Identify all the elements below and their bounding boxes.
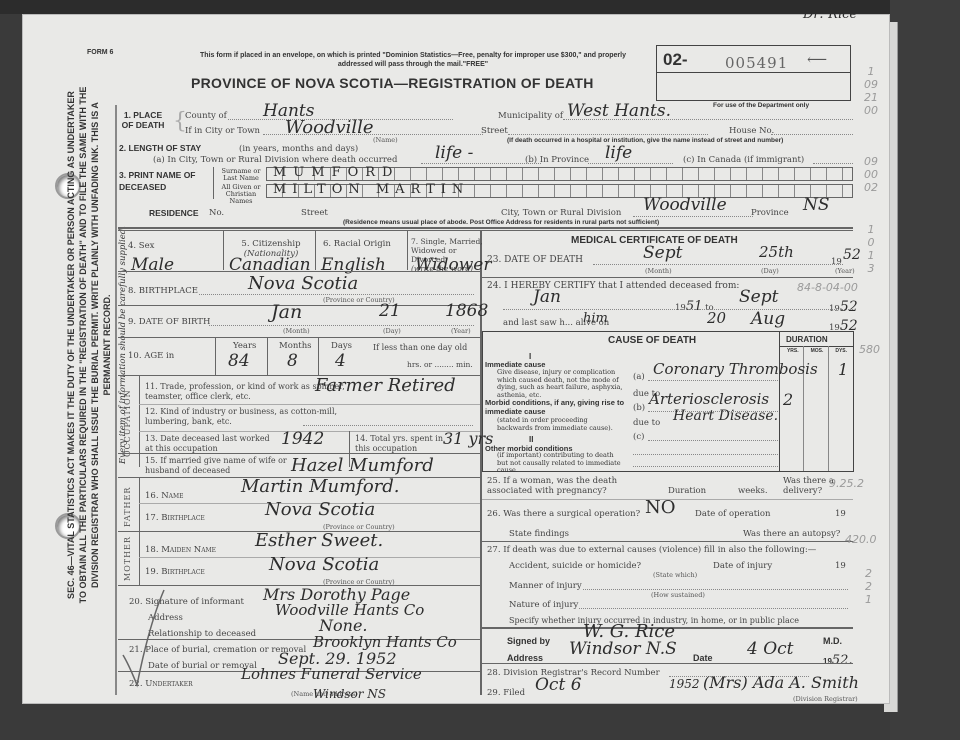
q25-label: 25. If a woman, was the death associated…	[487, 476, 647, 496]
marital-value: Widower	[415, 255, 491, 275]
death-year-caption: (Year)	[835, 267, 855, 275]
duration-days-label: DYS.	[835, 348, 847, 354]
street-label: Street	[481, 126, 508, 136]
spouse-label: 15. If married give name of wife or husb…	[145, 456, 295, 476]
section-divider-2	[118, 230, 853, 231]
municipality-label: Municipality of	[498, 111, 563, 121]
place-of-death-label: 1. PLACE OF DEATH	[119, 110, 167, 130]
undertaker-address: Windsor NS	[313, 687, 386, 701]
margin-note: 00	[861, 104, 881, 117]
other-numeral: II	[529, 435, 533, 444]
residence-no-label: No.	[209, 208, 224, 218]
mail-notice: This form if placed in an envelope, on w…	[183, 51, 643, 69]
morbid-conditions-desc: (stated in order proceeding backwards fr…	[497, 416, 623, 432]
trade-value: Farmer Retired	[315, 375, 456, 396]
industry-line	[303, 425, 473, 426]
side-notice: SEC. 46—VITAL STATISTICS ACT MAKES IT TH…	[65, 85, 155, 605]
department-note: For use of the Department only	[713, 102, 809, 109]
immediate-cause-desc: Give disease, injury or complication whi…	[497, 369, 623, 399]
how-sustained-caption: (How sustained)	[651, 591, 705, 599]
filed-label: 29. Filed	[487, 688, 525, 698]
stay-province-value: life	[605, 143, 632, 163]
age-label: 10. AGE in	[128, 351, 174, 361]
deceased-name-label: 3. PRINT NAME OF DECEASED	[119, 169, 215, 193]
q26-label: 26. Was there a surgical operation?	[487, 509, 640, 519]
form-number: FORM 6	[87, 49, 113, 56]
mother-birthplace-label: 19. Birthplace	[145, 567, 205, 577]
margin-note: 00	[861, 168, 881, 181]
margin-note: 2	[865, 580, 872, 593]
injury-year-prefix: 19	[835, 561, 846, 571]
spouse-value: Hazel Mumford	[291, 455, 434, 476]
row-divider	[118, 337, 480, 338]
dob-line	[209, 325, 474, 326]
street-line	[508, 134, 708, 135]
due-to-label-2: due to	[633, 418, 660, 428]
length-of-stay-sub: (in years, months and days)	[239, 144, 358, 154]
md-label: M.D.	[823, 636, 842, 646]
date-of-injury-label: Date of injury	[713, 561, 772, 571]
margin-note: 1	[861, 65, 881, 78]
months-label: Months	[279, 341, 312, 351]
margin-note: 0	[861, 236, 881, 249]
birthplace-label: 8. BIRTHPLACE	[128, 286, 198, 296]
duration-title: DURATION	[786, 335, 828, 344]
side-instruction: Every item of information should be care…	[117, 85, 129, 605]
residence-province-value: NS	[803, 195, 830, 215]
residence-province-label: Province	[751, 208, 789, 218]
checkmark-icon: ⟵	[807, 52, 827, 68]
date-of-death-line	[593, 264, 843, 265]
manner-label: Manner of injury	[509, 581, 582, 591]
row-divider	[482, 277, 853, 278]
death-month-caption: (Month)	[645, 267, 672, 275]
last-worked-value: 1942	[281, 429, 324, 449]
margin-note: 1	[861, 249, 881, 262]
death-year: 52	[843, 247, 861, 263]
attended-line	[503, 309, 853, 310]
cell-divider	[223, 230, 224, 270]
father-birthplace-value: Nova Scotia	[265, 499, 375, 520]
row-divider	[482, 663, 853, 664]
cause-b-value: Arteriosclerosis	[649, 390, 769, 408]
stay-canada-label: (c) In Canada (if immigrant)	[683, 155, 804, 165]
margin-annotation-lower: 1 0 1 3	[861, 223, 881, 275]
cause-of-death-box: CAUSE OF DEATH DURATION YRS. MOS. DYS. I…	[482, 331, 854, 472]
death-day: 25th	[759, 243, 794, 261]
dob-label: 9. DATE OF BIRTH	[128, 317, 210, 327]
stay-city-label: (a) In City, Town or Rural Division wher…	[153, 155, 397, 165]
signed-by-label: Signed by	[507, 636, 550, 646]
stay-province-label: (b) In Province	[525, 155, 589, 165]
coded-annotation-2: 580	[859, 343, 880, 356]
signer-date-value: 4 Oct	[747, 639, 794, 659]
dob-year: 1868	[445, 301, 488, 321]
accident-label: Accident, suicide or homicide?	[509, 561, 641, 571]
sex-value: Male	[131, 255, 174, 275]
margin-note: 1	[865, 593, 872, 606]
dob-day: 21	[379, 301, 401, 321]
filed-date-value: Oct 6	[535, 675, 582, 695]
attended-to-year: 1952	[829, 299, 858, 315]
signer-address-label: Address	[507, 653, 543, 663]
stay-city-value: life -	[435, 143, 473, 163]
cause-c-value: Heart Disease.	[673, 408, 778, 424]
mother-birthplace-value: Nova Scotia	[269, 554, 379, 575]
cause-a-label: (a)	[633, 372, 645, 382]
days-label: Days	[331, 341, 352, 351]
month-caption: (Month)	[283, 327, 310, 335]
duration-months-label: MOS.	[811, 348, 824, 354]
last-saw-day: 20	[707, 309, 726, 327]
cause-of-death-title: CAUSE OF DEATH	[608, 335, 696, 346]
cause-a-line	[648, 380, 778, 381]
nature-label: Nature of injury	[509, 600, 578, 610]
occupation-section-label: OCCUPATION	[123, 387, 132, 457]
q26-value: NO	[645, 497, 676, 518]
q27-label: 27. If death was due to external causes …	[487, 545, 816, 555]
coded-annotation-4: 420.0	[845, 533, 877, 546]
cell-divider	[407, 230, 408, 270]
name-caption: (Name)	[373, 136, 398, 144]
nature-line	[579, 608, 848, 609]
surname-value: MUMFORD	[273, 165, 399, 180]
other-line-1	[633, 454, 778, 455]
county-label: County of	[185, 111, 227, 121]
cause-a-duration-days: 1	[838, 360, 848, 379]
cell-divider	[215, 337, 216, 375]
residence-city-label: City, Town or Rural Division	[501, 208, 621, 218]
cause-b-label: (b)	[633, 403, 645, 413]
father-name-label: 16. Name	[145, 491, 184, 501]
racial-label: 6. Racial Origin	[323, 239, 391, 249]
residence-note: (Residence means usual place of abode. P…	[343, 219, 659, 226]
registration-number: 005491	[725, 54, 788, 72]
duration-divider	[779, 332, 780, 471]
mother-maiden-value: Esther Sweet.	[255, 530, 383, 551]
hrs-min-label: hrs. or ........ min.	[407, 360, 473, 369]
cause-c-line	[648, 440, 778, 441]
given-names-label: All Given or Christian Names	[216, 184, 266, 205]
house-label: House No.	[729, 126, 774, 136]
last-saw-month: Aug	[751, 309, 785, 329]
top-annotation: Dr: Rice	[803, 7, 857, 22]
cell-divider	[315, 230, 316, 270]
form-title: PROVINCE OF NOVA SCOTIA—REGISTRATION OF …	[191, 75, 594, 91]
age-months: 8	[287, 351, 298, 371]
racial-value: English	[321, 255, 386, 275]
residence-city-line	[633, 216, 753, 217]
attended-from-year-prefix: 19	[675, 303, 686, 313]
duration-header-line	[779, 346, 853, 347]
length-of-stay-label: 2. LENGTH OF STAY	[119, 143, 201, 153]
box-divider	[657, 72, 850, 73]
mother-section-label: MOTHER	[123, 537, 132, 581]
citizenship-label-text: 5. Citizenship	[241, 239, 300, 249]
death-month: Sept	[643, 243, 682, 263]
industry-label: 12. Kind of industry or business, as cot…	[145, 407, 345, 427]
margin-note: 3	[861, 262, 881, 275]
margin-note: 2	[865, 567, 872, 580]
duration-col-divider	[828, 346, 829, 471]
stay-canada-line	[813, 163, 853, 164]
signer-year-prefix: 19	[823, 657, 832, 666]
attended-from-month: Jan	[533, 287, 561, 307]
death-registration-form: SEC. 46—VITAL STATISTICS ACT MAKES IT TH…	[22, 14, 890, 704]
other-line-2	[633, 466, 778, 467]
attended-from-year-value: 51	[686, 299, 703, 314]
age-years: 84	[228, 351, 250, 371]
cell-divider	[318, 337, 319, 375]
house-line	[771, 134, 853, 135]
sex-label: 4. Sex	[128, 241, 154, 251]
signer-year: 1952.	[823, 653, 853, 668]
last-saw-pronoun: him	[583, 311, 608, 326]
cell-divider	[267, 337, 268, 375]
certify-label: 24. I HEREBY CERTIFY that I attended dec…	[487, 281, 739, 291]
father-name-value: Martin Mumford.	[241, 476, 400, 497]
signer-date-label: Date	[693, 653, 713, 663]
father-section-label: FATHER	[123, 487, 132, 527]
coded-annotation-1: 84-8-04-00	[797, 281, 858, 294]
filed-year-value: 1952	[669, 677, 700, 691]
year-caption: (Year)	[451, 327, 471, 335]
attended-to-month: Sept	[739, 287, 778, 307]
margin-note: 21	[861, 91, 881, 104]
autopsy-label: Was there an autopsy?	[743, 529, 840, 539]
morbid-conditions-label: Morbid conditions, if any, giving rise t…	[485, 398, 625, 416]
years-label: Years	[233, 341, 256, 351]
registrar-signature: (Mrs) Ada A. Smith	[703, 673, 859, 692]
residence-label: RESIDENCE	[149, 208, 199, 218]
margin-annotation-bottom: 2 2 1	[865, 567, 872, 606]
name-divider	[213, 167, 214, 199]
registration-prefix: 02-	[663, 50, 688, 70]
attended-to-year-value: 52	[840, 299, 858, 315]
residence-city-value: Woodville	[643, 195, 727, 215]
checkmark-icon	[119, 585, 169, 695]
margin-note: 1	[861, 223, 881, 236]
q26-date-label: Date of operation	[695, 509, 770, 519]
mother-maiden-label: 18. Maiden Name	[145, 545, 216, 555]
stay-province-line	[588, 163, 673, 164]
signer-year-value: 52.	[832, 653, 853, 668]
city-value: Woodville	[285, 117, 374, 138]
less-than-day-label: If less than one day old	[373, 343, 467, 352]
margin-annotation-top: 1 09 21 00	[861, 65, 881, 117]
row-divider	[139, 404, 480, 405]
registration-number-box: 02- 005491 ⟵	[656, 45, 851, 101]
side-notice-text: SEC. 46—VITAL STATISTICS ACT MAKES IT TH…	[65, 85, 113, 605]
hospital-note: (If death occurred in a hospital or inst…	[507, 137, 783, 144]
signer-address-value: Windsor N.S	[569, 639, 677, 659]
death-day-caption: (Day)	[761, 267, 779, 275]
margin-note: 02	[861, 181, 881, 194]
q25-duration: Duration	[668, 486, 706, 496]
q26-year-prefix: 19	[835, 509, 846, 519]
coded-annotation-3: 9.25.2	[829, 477, 864, 490]
duration-years-label: YRS.	[787, 348, 799, 354]
age-days: 4	[335, 351, 346, 371]
cause-c-label: (c)	[633, 432, 644, 442]
cause-b-duration-years: 2	[783, 390, 793, 409]
residence-street-label: Street	[301, 208, 328, 218]
q25-weeks: weeks.	[738, 486, 768, 496]
last-worked-label: 13. Date deceased last worked at this oc…	[145, 434, 275, 454]
margin-note: 09	[861, 78, 881, 91]
surname-label: Surname or Last Name	[216, 168, 266, 182]
row-divider	[118, 271, 480, 272]
city-label: If in City or Town	[185, 126, 260, 136]
father-birthplace-label: 17. Birthplace	[145, 513, 205, 523]
margin-annotation-mid: 09 00 02	[861, 155, 881, 194]
birthplace-value: Nova Scotia	[248, 273, 358, 294]
manner-line	[583, 589, 848, 590]
margin-note: 09	[861, 155, 881, 168]
state-which-caption: (State which)	[653, 571, 697, 579]
municipality-value: West Hants.	[567, 101, 671, 121]
duration-columns: YRS. MOS. DYS.	[781, 348, 853, 354]
stay-city-line	[421, 163, 541, 164]
citizenship-value: Canadian	[229, 255, 311, 275]
given-names-value: MILTON MARTIN	[273, 182, 469, 197]
dob-month: Jan	[271, 301, 302, 323]
cause-a-value: Coronary Thrombosis	[653, 360, 818, 378]
day-caption: (Day)	[383, 327, 401, 335]
death-year-prefix: 19	[831, 257, 842, 267]
undertaker-value: Lohnes Funeral Service	[241, 665, 422, 683]
registrar-caption: (Division Registrar)	[793, 695, 858, 703]
section-divider	[118, 227, 853, 229]
date-of-death-label: 23. DATE OF DEATH	[487, 255, 583, 265]
scan-background-right	[890, 0, 960, 740]
other-conditions-desc: (if important) contributing to death but…	[497, 452, 623, 475]
birthplace-line	[199, 294, 474, 295]
row-divider	[482, 541, 853, 542]
row-divider	[118, 453, 480, 454]
total-years-label: 14. Total yrs. spent in this occupation	[355, 434, 445, 454]
state-findings-label: State findings	[509, 529, 569, 539]
